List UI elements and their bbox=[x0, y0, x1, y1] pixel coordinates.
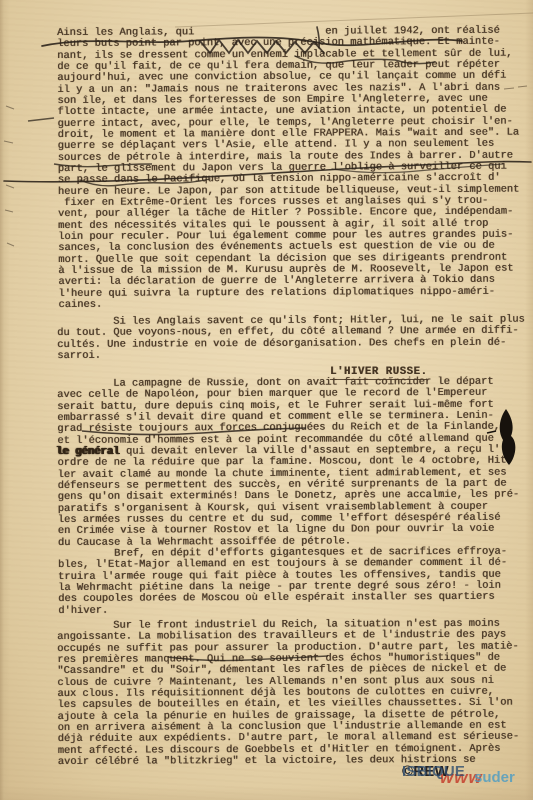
left-margin-marks bbox=[4, 106, 14, 246]
watermark-blue-text: suder bbox=[474, 769, 515, 786]
typewritten-line: des coupoles dorées de Moscou où elle es… bbox=[58, 592, 519, 606]
typewritten-line: caines. bbox=[58, 297, 519, 311]
overtyped-correction: le général bbox=[56, 446, 120, 458]
paragraph-britain: Ainsi les Anglais, qui en juillet 1942, … bbox=[57, 26, 520, 312]
pen-margin-dash bbox=[28, 118, 54, 121]
watermark-site-text: ISBIQUE bbox=[402, 763, 465, 780]
paragraph-industrial-front: Sur le front industriel du Reich, la sit… bbox=[57, 619, 519, 769]
paragraph-hitler-doubt: Si les Anglais savent ce qu'ils font; Hi… bbox=[57, 315, 525, 363]
paragraph-russian-campaign: La campagne de Russie, dont on avait fai… bbox=[57, 377, 520, 617]
scanned-document-page: Ainsi les Anglais, qui en juillet 1942, … bbox=[0, 0, 533, 800]
digital-watermark: www suder ©REWISBIQUE bbox=[402, 763, 533, 793]
typewritten-line: d'hiver. bbox=[58, 603, 519, 617]
typewritten-line: l'heure qui suivra la rupture des relati… bbox=[58, 286, 519, 300]
